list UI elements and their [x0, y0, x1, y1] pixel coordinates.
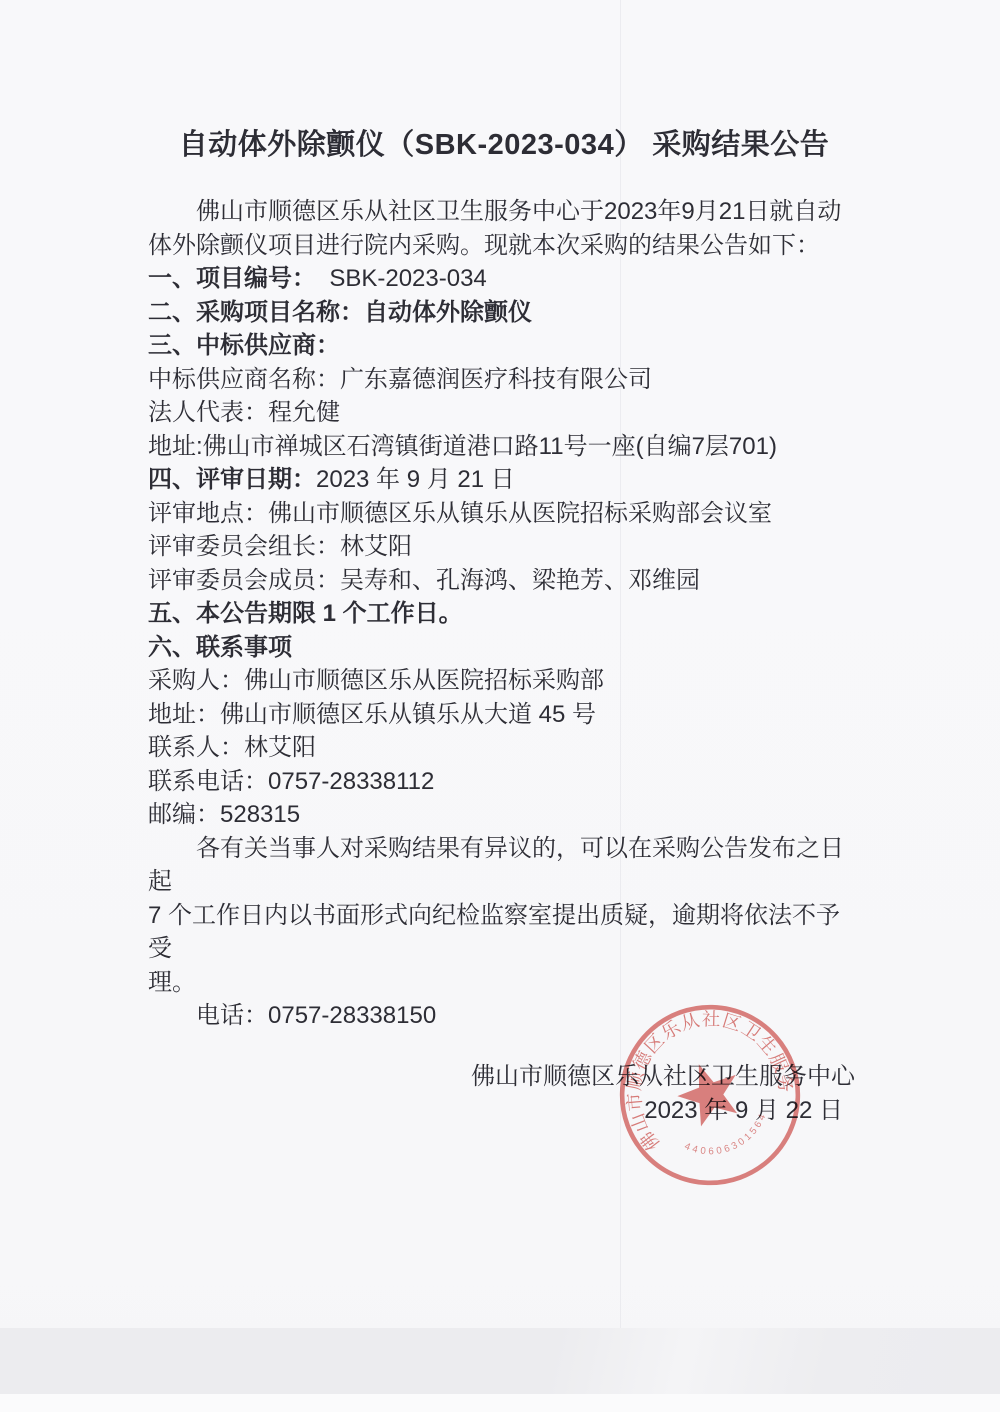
line-label-bold: 四、评审日期：: [148, 466, 316, 493]
line-text: 邮编：528315: [148, 801, 300, 828]
document-line: 联系人：林艾阳: [148, 731, 860, 765]
line-text: 法人代表：程允健: [148, 399, 340, 426]
intro-line: 佛山市顺德区乐从社区卫生服务中心于2023年9月21日就自动: [148, 195, 860, 229]
document-line: 六、联系事项: [148, 631, 860, 665]
line-text: 地址：佛山市顺德区乐从镇乐从大道 45 号: [148, 701, 596, 728]
document-line: 地址：佛山市顺德区乐从镇乐从大道 45 号: [148, 698, 860, 732]
scan-artifact-shadow-band: [0, 1328, 1000, 1394]
stamp-group: 佛山市顺德区乐从社区卫生服务中心 440606301564: [615, 1000, 805, 1190]
document-line: 法人代表：程允健: [148, 396, 860, 430]
closing-line: 各有关当事人对采购结果有异议的，可以在采购公告发布之日起: [148, 832, 860, 899]
document-line: 联系电话：0757-28338112: [148, 765, 860, 799]
document-line: 五、本公告期限 1 个工作日。: [148, 597, 860, 631]
line-text: 联系电话：0757-28338112: [148, 768, 434, 795]
document-line: 评审委员会组长：林艾阳: [148, 530, 860, 564]
document-line: 二、采购项目名称：自动体外除颤仪: [148, 296, 860, 330]
stamp-serial-number: 440606301564: [678, 1107, 777, 1169]
line-text: 中标供应商名称：广东嘉德润医疗科技有限公司: [148, 366, 652, 393]
scan-artifact-bottom-edge: [0, 1394, 1000, 1412]
line-text: 联系人：林艾阳: [148, 734, 316, 761]
star-icon: [670, 1054, 749, 1131]
document-line: 评审地点：佛山市顺德区乐从镇乐从医院招标采购部会议室: [148, 497, 860, 531]
line-label-bold: 二、采购项目名称：自动体外除颤仪: [148, 299, 532, 326]
line-label-bold: 五、本公告期限 1 个工作日。: [148, 600, 463, 627]
line-text: SBK-2023-034: [316, 265, 487, 292]
official-seal-stamp: 佛山市顺德区乐从社区卫生服务中心 440606301564: [615, 1000, 805, 1190]
line-label-bold: 一、项目编号：: [148, 265, 316, 292]
document-line: 一、项目编号： SBK-2023-034: [148, 262, 860, 296]
document-body: 佛山市顺德区乐从社区卫生服务中心于2023年9月21日就自动 体外除颤仪项目进行…: [148, 195, 860, 1033]
line-label-bold: 六、联系事项: [148, 634, 292, 661]
scanned-document-page: 自动体外除颤仪（SBK-2023-034） 采购结果公告 佛山市顺德区乐从社区卫…: [0, 0, 1000, 1412]
line-text: 评审地点：佛山市顺德区乐从镇乐从医院招标采购部会议室: [148, 500, 772, 527]
line-text: 地址:佛山市禅城区石湾镇街道港口路11号一座(自编7层701): [148, 433, 777, 460]
closing-line: 7 个工作日内以书面形式向纪检监察室提出质疑，逾期将依法不予受: [148, 899, 860, 966]
intro-line: 体外除颤仪项目进行院内采购。现就本次采购的结果公告如下：: [148, 229, 860, 263]
line-text: 2023 年 9 月 21 日: [316, 466, 515, 493]
line-text: 评审委员会成员：吴寿和、孔海鸿、梁艳芳、邓维园: [148, 567, 700, 594]
line-text: 评审委员会组长：林艾阳: [148, 533, 412, 560]
document-line: 四、评审日期：2023 年 9 月 21 日: [148, 463, 860, 497]
line-text: 采购人：佛山市顺德区乐从医院招标采购部: [148, 667, 604, 694]
closing-line: 理。: [148, 966, 860, 1000]
document-line: 评审委员会成员：吴寿和、孔海鸿、梁艳芳、邓维园: [148, 564, 860, 598]
document-line: 邮编：528315: [148, 798, 860, 832]
page-title: 自动体外除颤仪（SBK-2023-034） 采购结果公告: [148, 127, 860, 163]
document-lines: 一、项目编号： SBK-2023-034二、采购项目名称：自动体外除颤仪三、中标…: [148, 262, 860, 832]
document-line: 地址:佛山市禅城区石湾镇街道港口路11号一座(自编7层701): [148, 430, 860, 464]
document-line: 中标供应商名称：广东嘉德润医疗科技有限公司: [148, 363, 860, 397]
document-line: 采购人：佛山市顺德区乐从医院招标采购部: [148, 664, 860, 698]
document-content: 自动体外除颤仪（SBK-2023-034） 采购结果公告 佛山市顺德区乐从社区卫…: [148, 0, 860, 1033]
line-label-bold: 三、中标供应商：: [148, 332, 340, 359]
document-line: 三、中标供应商：: [148, 329, 860, 363]
